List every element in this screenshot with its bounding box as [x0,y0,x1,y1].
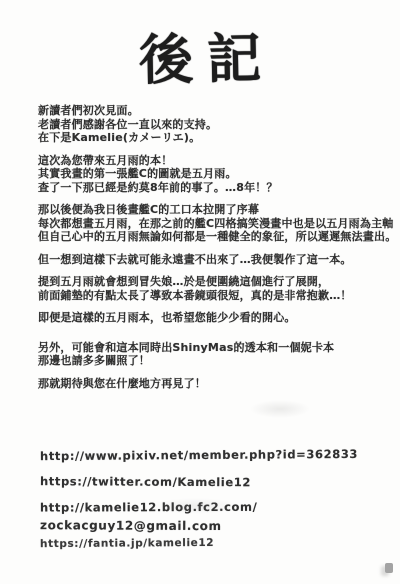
scan-smudge [250,400,310,418]
text-line: 那以後便為我日後畫艦C的工口本拉開了序幕 [38,203,383,217]
paragraph-history: 那以後便為我日後畫艦C的工口本拉開了序幕 每次都想畫五月雨，在那之前的艦C四格搞… [38,203,383,244]
scan-artifact [385,563,393,573]
text-line: 那邊也請多多關照了！ [38,354,383,368]
fantia-url: https://fantia.jp/kamelie12 [40,536,358,550]
text-line: 其實我畫的第一張艦C的圖就是五月雨。 [38,167,383,181]
paragraph-intro: 這次為您帶來五月雨的本！ 其實我畫的第一張艦C的圖就是五月雨。 查了一下那已經是… [38,154,383,195]
text-line: 老讀者們感謝各位一直以來的支持。 [38,118,383,132]
text-line: 新讀者們初次見面。 [38,104,383,118]
text-line: 前面鋪墊的有點太長了導致本番鏡頭很短，真的是非常抱歉…！ [38,289,383,303]
text-line: 在下是Kamelie(カメーリエ)。 [38,131,383,145]
afterword-body: 新讀者們初次見面。 老讀者們感謝各位一直以來的支持。 在下是Kamelie(カメ… [38,104,383,390]
paragraph-greeting: 新讀者們初次見面。 老讀者們感謝各位一直以來的支持。 在下是Kamelie(カメ… [38,104,383,145]
text-line: 這次為您帶來五月雨的本！ [38,154,383,168]
paragraph-decision: 但一想到這樣下去就可能永遠畫不出來了…我便製作了這一本。 [38,253,383,267]
email-address: zockacguy12@gmail.com [40,518,358,534]
text-line: 那就期待與您在什麼地方再見了！ [38,377,383,391]
text-line: 但自己心中的五月雨無論如何都是一種健全的象征，所以遲遲無法畫出。 [38,230,383,244]
paragraph-apology: 提到五月雨就會想到冒失娘…於是便圍繞這個進行了展開， 前面鋪墊的有點太長了導致本… [38,275,383,302]
text-line: 另外，可能會和這本同時出ShinyMas的透本和一個妮卡本 [38,341,383,355]
blog-url: http://kamelie12.blog.fc2.com/ [40,499,358,514]
pixiv-url: http://www.pixiv.net/member.php?id=36283… [40,447,358,463]
page-title: 後記 [0,27,400,94]
contact-links: http://www.pixiv.net/member.php?id=36283… [40,448,358,549]
text-line: 但一想到這樣下去就可能永遠畫不出來了…我便製作了這一本。 [38,253,383,267]
paragraph-hope: 即便是這樣的五月雨本，也希望您能少少看的開心。 [38,311,383,325]
text-line: 即便是這樣的五月雨本，也希望您能少少看的開心。 [38,311,383,325]
twitter-url: https://twitter.com/Kamelie12 [40,474,358,490]
afterword-page: 後記 新讀者們初次見面。 老讀者們感謝各位一直以來的支持。 在下是Kamelie… [0,0,400,584]
text-line: 每次都想畫五月雨，在那之前的艦C四格搞笑漫畫中也是以五月雨為主軸 [38,217,383,231]
paragraph-announcement: 另外，可能會和這本同時出ShinyMas的透本和一個妮卡本 那邊也請多多關照了！ [38,341,383,368]
text-line: 查了一下那已經是約莫8年前的事了。…8年！？ [38,181,383,195]
text-line: 提到五月雨就會想到冒失娘…於是便圍繞這個進行了展開， [38,275,383,289]
paragraph-farewell: 那就期待與您在什麼地方再見了！ [38,377,383,391]
